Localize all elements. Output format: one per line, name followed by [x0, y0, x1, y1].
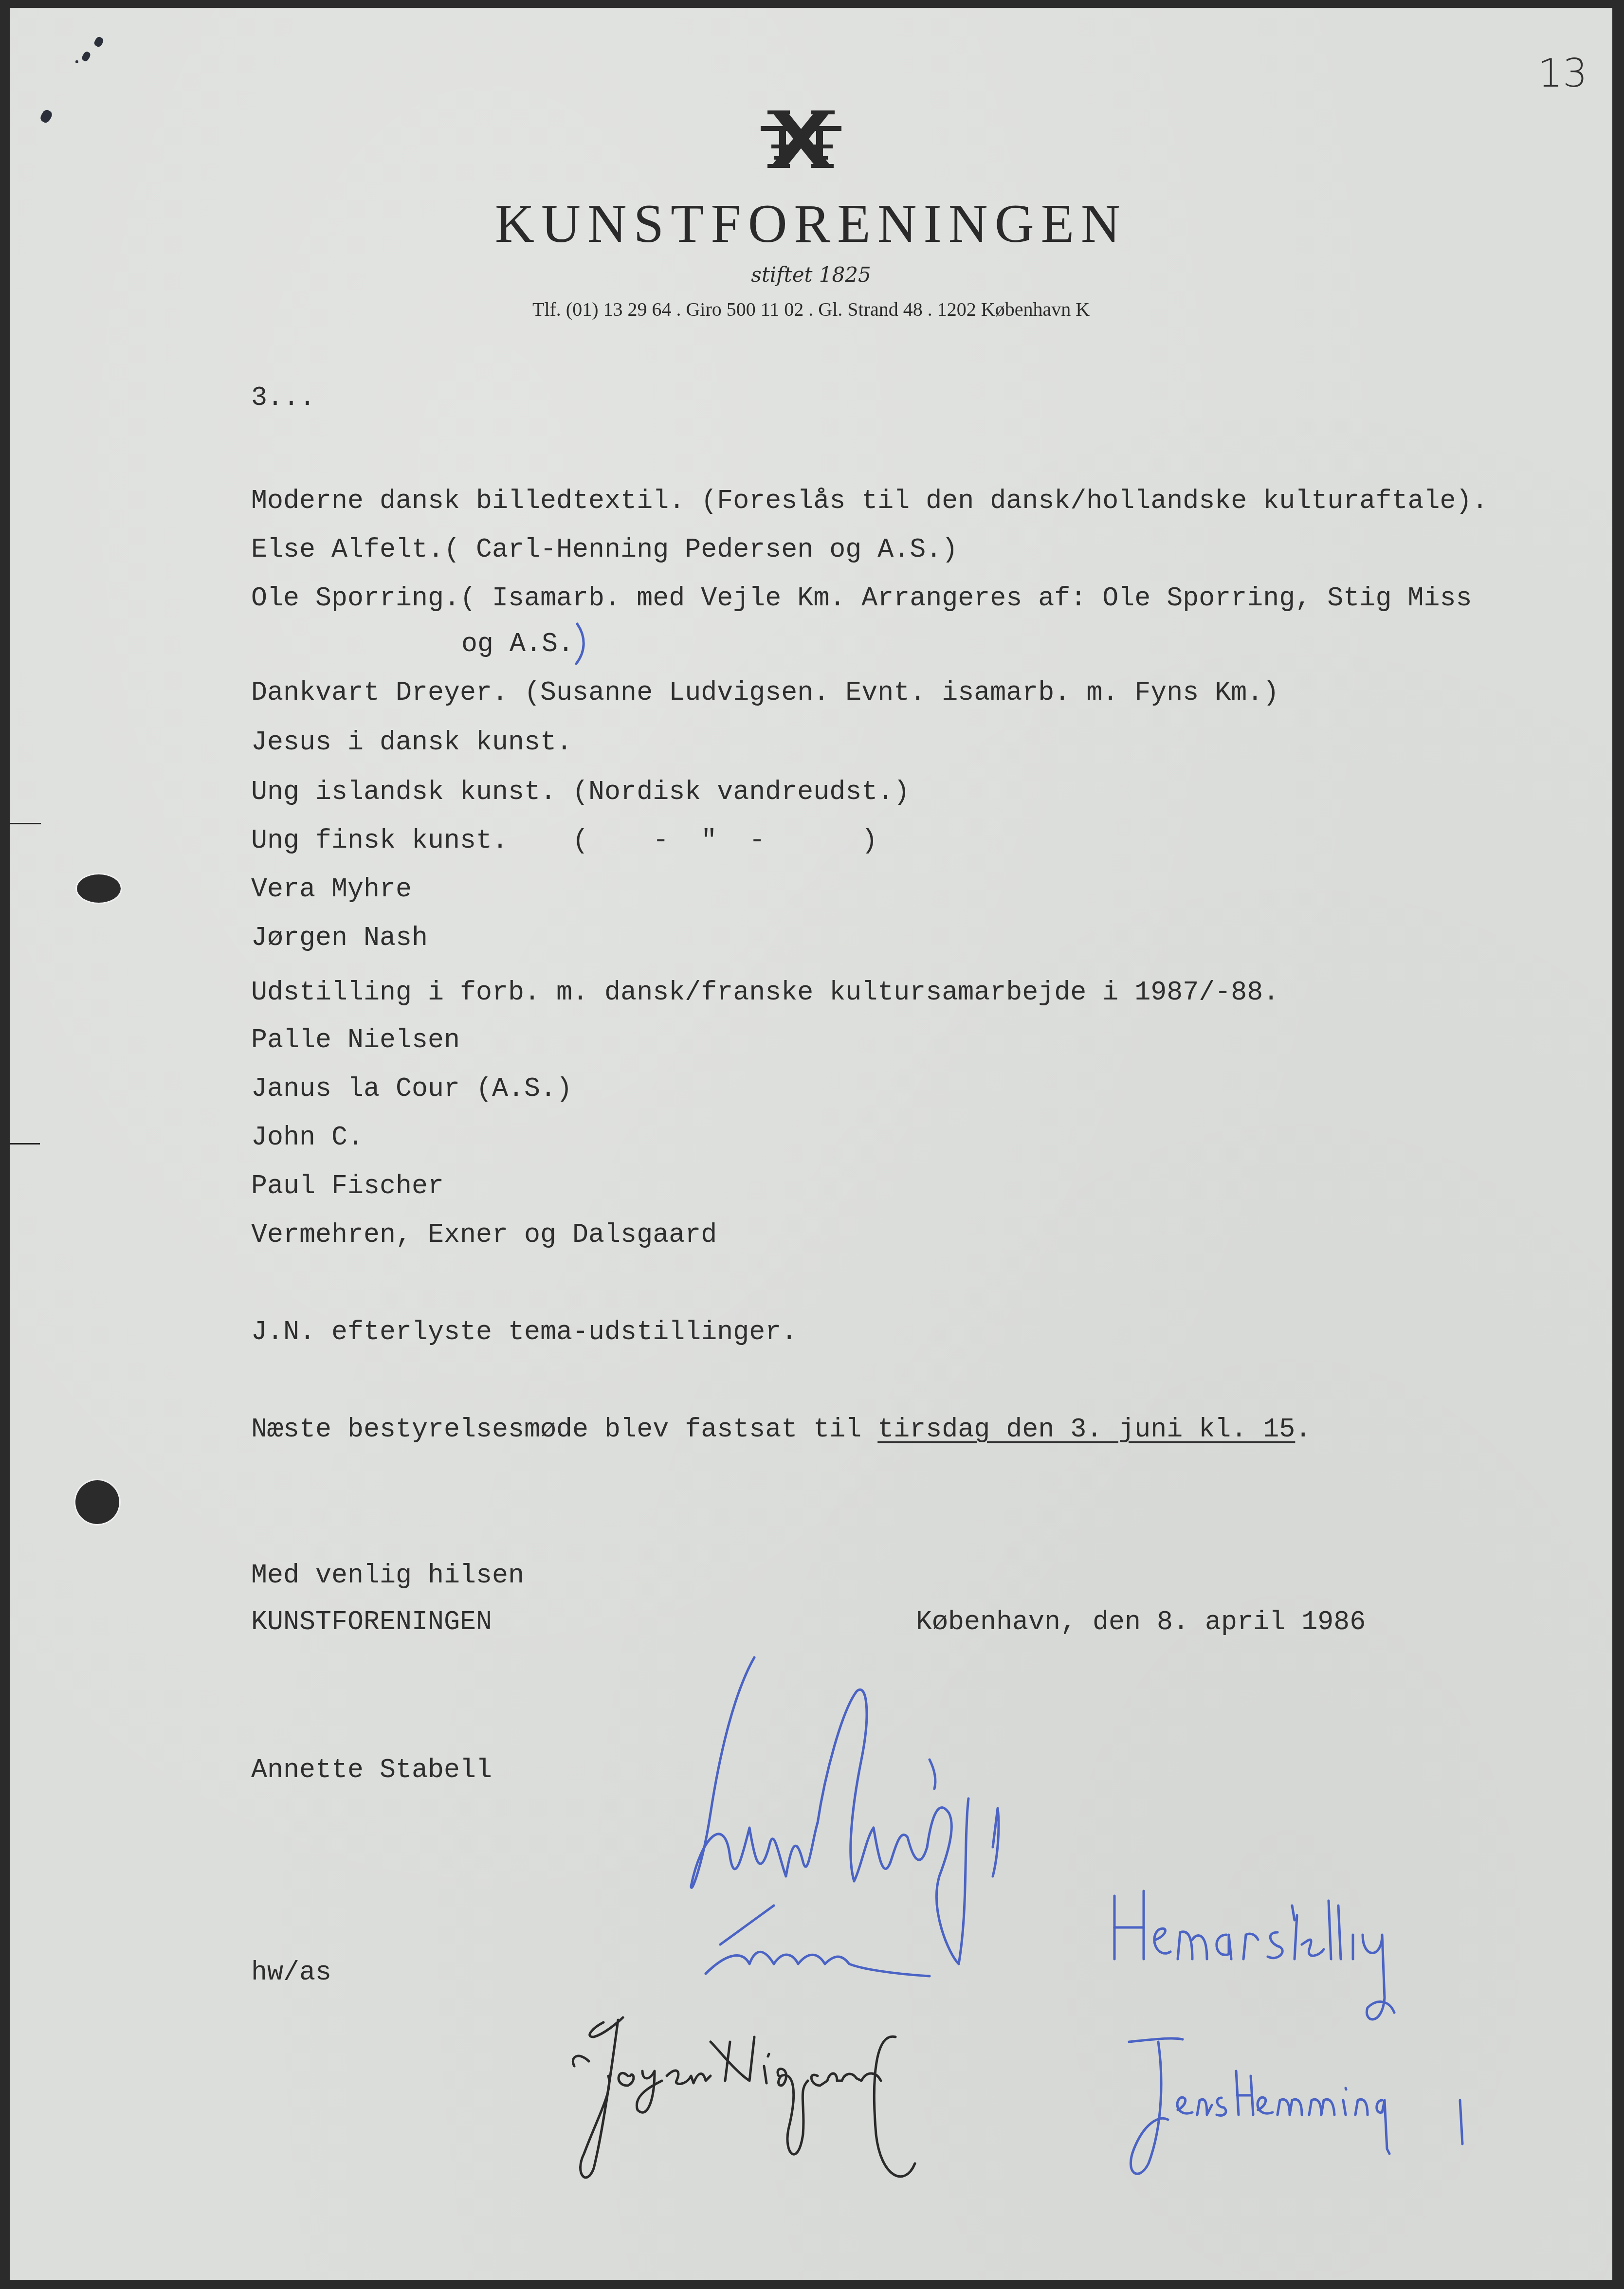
- list-item: Else Alfelt.( Carl-Henning Pedersen og A…: [251, 536, 958, 563]
- signature-jens-henning: [1110, 2027, 1489, 2183]
- next-meeting-date: tirsdag den 3. juni kl. 15: [877, 1414, 1295, 1445]
- signature-henan-skelig: [1110, 1886, 1499, 2032]
- punch-hole: [75, 1480, 119, 1524]
- list-item: Vermehren, Exner og Dalsgaard: [251, 1221, 717, 1248]
- kf-monogram-icon: [757, 108, 844, 171]
- next-meeting: Næste bestyrelsesmøde blev fastsat til t…: [251, 1416, 1311, 1443]
- list-item-continuation: og A.S.: [461, 631, 574, 657]
- list-item: Paul Fischer: [251, 1173, 444, 1199]
- signature-jorgen-norgaard: [565, 2008, 1051, 2193]
- letter-page: 13 KUNSTFORENINGEN stiftet 1825 Tlf. (01: [10, 8, 1612, 2280]
- next-meeting-prefix: Næste bestyrelsesmøde blev fastsat til: [251, 1414, 877, 1445]
- list-item: Ung islandsk kunst. (Nordisk vandreudst.…: [251, 779, 910, 805]
- list-item: Dankvart Dreyer. (Susanne Ludvigsen. Evn…: [251, 679, 1279, 706]
- list-item: Ole Sporring.( Isamarb. med Vejle Km. Ar…: [251, 585, 1472, 612]
- typist-initials: hw/as: [251, 1959, 331, 1986]
- closing-greeting: Med venlig hilsen: [251, 1562, 524, 1589]
- closing-organization: KUNSTFORENINGEN: [251, 1609, 492, 1635]
- list-item: Moderne dansk billedtextil. (Foreslås ti…: [251, 488, 1488, 514]
- list-item: John C.: [251, 1124, 364, 1151]
- list-item: Ung finsk kunst. ( - " - ): [251, 827, 877, 854]
- handwritten-parenthesis: [574, 622, 589, 666]
- note: J.N. efterlyste tema-udstillinger.: [251, 1319, 797, 1345]
- punch-hole: [77, 874, 121, 903]
- list-item: Udstilling i forb. m. dansk/franske kult…: [251, 979, 1279, 1006]
- list-item: Palle Nielsen: [251, 1027, 460, 1054]
- letterhead-tagline: stiftet 1825: [10, 265, 1612, 285]
- section-marker: 3...: [251, 384, 315, 411]
- place-date: København, den 8. april 1986: [916, 1609, 1366, 1635]
- page-number: 13: [1538, 54, 1588, 93]
- list-item: Janus la Cour (A.S.): [251, 1075, 572, 1102]
- list-item: Jesus i dansk kunst.: [251, 729, 572, 756]
- signature-annette-stabell: [657, 1653, 1056, 1974]
- signer-name: Annette Stabell: [251, 1757, 492, 1783]
- list-item: Vera Myhre: [251, 876, 412, 903]
- margin-fold-mark: [10, 823, 41, 824]
- list-item: Jørgen Nash: [251, 925, 428, 951]
- margin-fold-mark: [10, 1143, 40, 1144]
- letterhead-organization: KUNSTFORENINGEN: [10, 197, 1612, 251]
- next-meeting-suffix: .: [1295, 1414, 1311, 1445]
- letterhead-address: Tlf. (01) 13 29 64 . Giro 500 11 02 . Gl…: [10, 300, 1612, 319]
